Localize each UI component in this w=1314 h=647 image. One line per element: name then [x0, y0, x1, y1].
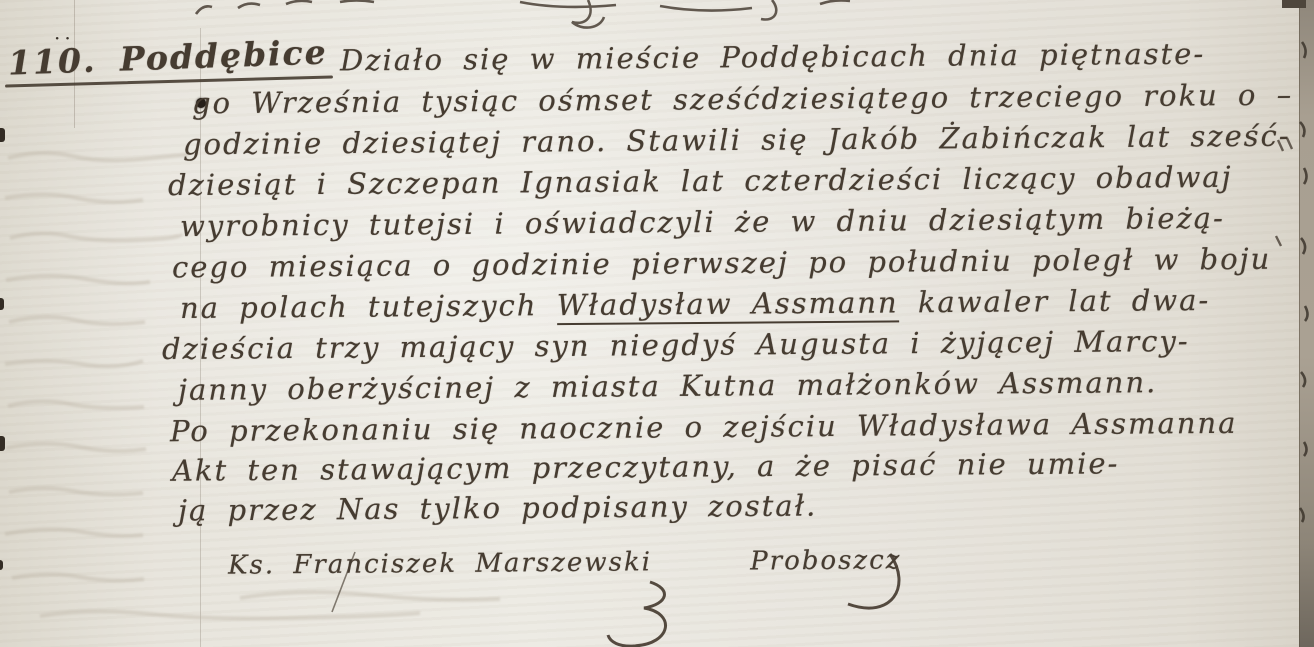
record-line: janny oberżyścinej z miasta Kutna małżon… [178, 365, 1158, 407]
continuation-quote-marks [1276, 138, 1292, 246]
record-line: dzieścia trzy mający syn niegdyś Augusta… [162, 324, 1190, 366]
scan-edge-mark [0, 128, 5, 142]
line-post: kawaler lat dwa- [899, 283, 1211, 319]
record-line: ją przez Nas tylko podpisany został. [178, 488, 818, 527]
priest-signature-title: Proboszcz [750, 545, 901, 576]
record-line: cego miesiąca o godzinie pierwszej po po… [172, 242, 1272, 285]
line-pre: na polach tutejszych [180, 288, 557, 325]
record-line: wyrobnicy tutejsi i oświadczyli że w dni… [180, 201, 1225, 243]
page-gutter-edge [1299, 0, 1314, 647]
priest-signature-name: Ks. Franciszek Marszewski [228, 547, 652, 580]
scan-edge-mark [0, 298, 4, 310]
record-line: Akt ten stawającym przeczytany, a że pis… [172, 446, 1120, 487]
scan-edge-mark [0, 436, 5, 451]
record-line: na polach tutejszych Władysław Assmann k… [180, 283, 1211, 325]
record-line: Po przekonaniu się naocznie o zejściu Wł… [170, 406, 1238, 448]
previous-record-fragment [196, 0, 850, 28]
scan-edge-mark [0, 560, 3, 570]
scan-corner-mark [1282, 0, 1306, 8]
record-line: dziesiąt i Szczepan Ignasiak lat czterdz… [168, 160, 1233, 202]
deceased-name-underlined: Władysław Assmann [557, 285, 899, 325]
record-number: 110. [7, 41, 97, 83]
record-line: godzinie dziesiątej rano. Stawili się Ja… [183, 119, 1291, 162]
record-line: go Września tysiąc ośmset sześćdziesiąte… [192, 78, 1293, 121]
record-line: Działo się w mieście Poddębicach dnia pi… [340, 37, 1205, 78]
scanned-document-page: ·· [0, 0, 1314, 647]
record-place: Poddębice [119, 32, 328, 78]
priest-signature: Ks. Franciszek Marszewski Proboszcz [228, 545, 902, 580]
